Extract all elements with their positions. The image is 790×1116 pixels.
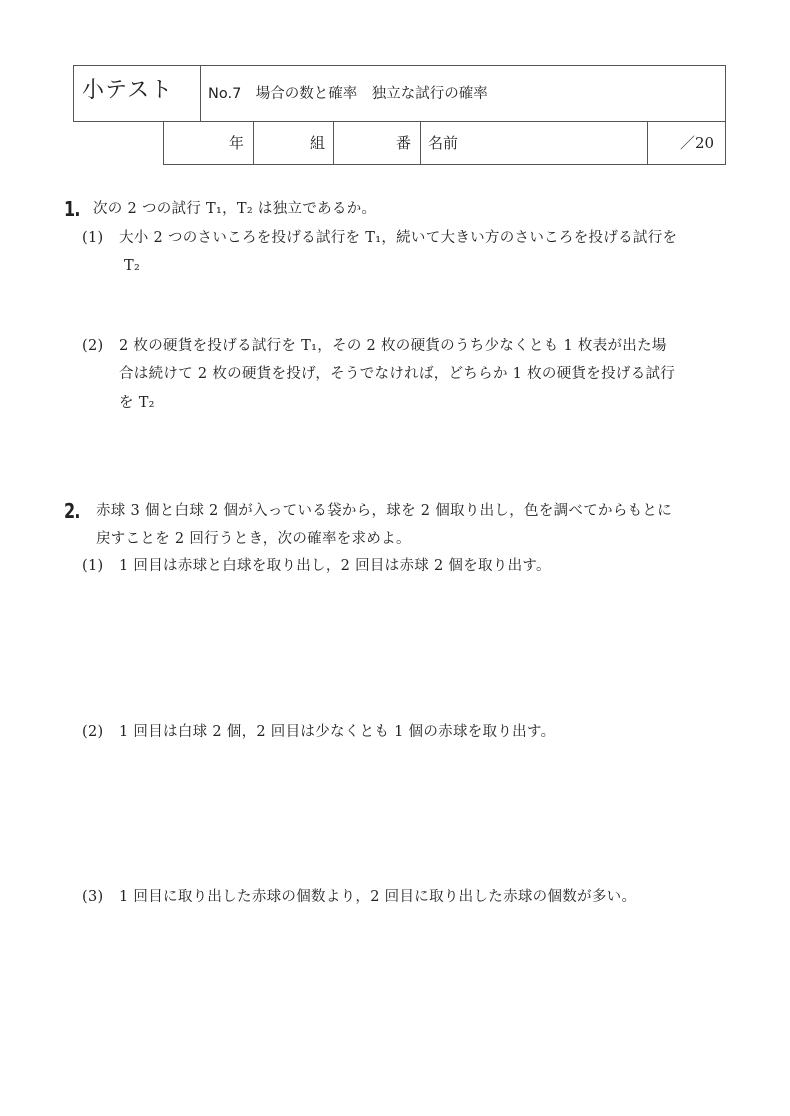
part-label: (1) — [82, 556, 103, 576]
table-border — [200, 65, 201, 122]
table-border — [163, 164, 726, 165]
part-text: 1 回目は白球 2 個，2 回目は少なくとも 1 個の赤球を取り出す。 — [119, 722, 555, 742]
table-border — [163, 121, 164, 165]
table-border — [253, 121, 254, 165]
part-label: (1) — [82, 228, 103, 248]
problem-number: 2. — [64, 499, 80, 523]
table-border — [73, 121, 726, 122]
problem-number: 1. — [64, 197, 80, 221]
year-field[interactable]: 年 — [229, 133, 244, 153]
part-text: 2 枚の硬貨を投げる試行を T₁，その 2 枚の硬貨のうち少なくとも 1 枚表が… — [119, 336, 667, 356]
table-border — [73, 65, 726, 66]
table-border — [725, 65, 726, 165]
part-text: 1 回目は赤球と白球を取り出し，2 回目は赤球 2 個を取り出す。 — [119, 556, 551, 576]
part-label: (2) — [82, 336, 103, 356]
part-text: T₂ — [124, 256, 140, 276]
problem-stem: 次の 2 つの試行 T₁，T₂ は独立であるか。 — [93, 199, 376, 219]
class-field[interactable]: 組 — [310, 133, 325, 153]
student-number-field[interactable]: 番 — [396, 133, 411, 153]
part-text: 1 回目に取り出した赤球の個数より，2 回目に取り出した赤球の個数が多い。 — [119, 887, 636, 907]
name-field[interactable]: 名前 — [428, 133, 458, 153]
part-label: (2) — [82, 722, 103, 742]
part-text: 大小 2 つのさいころを投げる試行を T₁，続いて大きい方のさいころを投げる試行… — [119, 228, 677, 248]
table-border — [420, 121, 421, 165]
table-border — [333, 121, 334, 165]
table-border — [73, 65, 74, 122]
part-label: (3) — [82, 887, 103, 907]
score-field: ／20 — [680, 133, 714, 153]
quiz-label: 小テスト — [82, 81, 173, 101]
quiz-title: No.7 場合の数と確率 独立な試行の確率 — [208, 84, 488, 104]
problem-stem: 戻すことを 2 回行うとき，次の確率を求めよ。 — [96, 529, 411, 549]
problem-stem: 赤球 3 個と白球 2 個が入っている袋から，球を 2 個取り出し，色を調べてか… — [96, 501, 672, 521]
part-text: 合は続けて 2 枚の硬貨を投げ，そうでなければ，どちらか 1 枚の硬貨を投げる試… — [119, 364, 675, 384]
part-text: を T₂ — [119, 393, 155, 413]
table-border — [647, 121, 648, 165]
